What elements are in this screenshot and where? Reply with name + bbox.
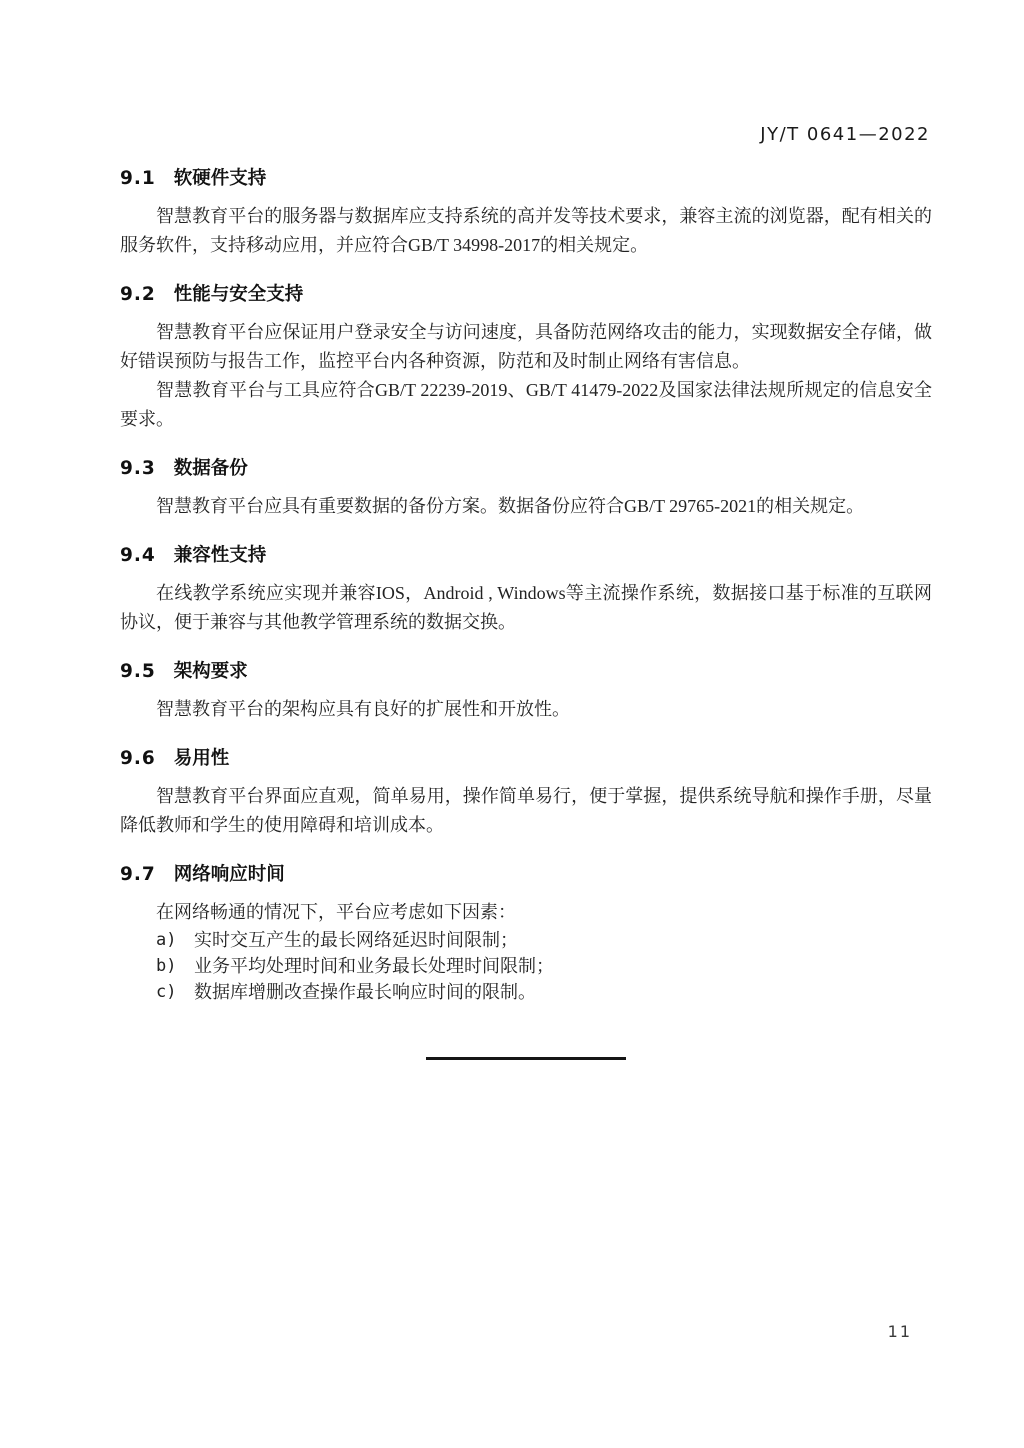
section-heading: 9.5架构要求: [120, 661, 932, 683]
document-page: JY/T 0641—2022 9.1软硬件支持 智慧教育平台的服务器与数据库应支…: [0, 0, 1024, 1448]
section-9-5: 9.5架构要求 智慧教育平台的架构应具有良好的扩展性和开放性。: [120, 661, 932, 724]
body-paragraph: 在线教学系统应实现并兼容IOS，Android , Windows等主流操作系统…: [120, 579, 932, 637]
section-heading: 9.1软硬件支持: [120, 168, 932, 190]
section-title: 易用性: [174, 748, 230, 769]
section-number: 9.7: [120, 864, 156, 885]
section-9-2: 9.2性能与安全支持 智慧教育平台应保证用户登录安全与访问速度，具备防范网络攻击…: [120, 284, 932, 434]
body-paragraph: 智慧教育平台的服务器与数据库应支持系统的高并发等技术要求，兼容主流的浏览器，配有…: [120, 202, 932, 260]
section-title: 架构要求: [174, 661, 248, 682]
section-title: 软硬件支持: [174, 168, 267, 189]
list-item-marker: b): [156, 953, 194, 979]
body-paragraph: 智慧教育平台的架构应具有良好的扩展性和开放性。: [120, 695, 932, 724]
section-heading: 9.3数据备份: [120, 458, 932, 480]
document-content: 9.1软硬件支持 智慧教育平台的服务器与数据库应支持系统的高并发等技术要求，兼容…: [120, 160, 932, 1060]
end-of-text-divider: [426, 1057, 626, 1060]
list-item-text: 实时交互产生的最长网络延迟时间限制；: [194, 927, 518, 953]
section-title: 网络响应时间: [174, 864, 285, 885]
section-heading: 9.6易用性: [120, 748, 932, 770]
section-number: 9.2: [120, 284, 156, 305]
factor-list: a) 实时交互产生的最长网络延迟时间限制； b) 业务平均处理时间和业务最长处理…: [120, 927, 932, 1005]
list-item-text: 数据库增删改查操作最长响应时间的限制。: [194, 979, 536, 1005]
section-9-4: 9.4兼容性支持 在线教学系统应实现并兼容IOS，Android , Windo…: [120, 545, 932, 637]
section-heading: 9.2性能与安全支持: [120, 284, 932, 306]
body-paragraph: 智慧教育平台应保证用户登录安全与访问速度，具备防范网络攻击的能力，实现数据安全存…: [120, 318, 932, 376]
section-number: 9.6: [120, 748, 156, 769]
list-item-text: 业务平均处理时间和业务最长处理时间限制；: [194, 953, 554, 979]
section-9-6: 9.6易用性 智慧教育平台界面应直观，简单易用，操作简单易行，便于掌握，提供系统…: [120, 748, 932, 840]
section-title: 性能与安全支持: [174, 284, 304, 305]
section-title: 数据备份: [174, 458, 248, 479]
list-item-marker: c): [156, 979, 194, 1005]
section-number: 9.3: [120, 458, 156, 479]
section-9-1: 9.1软硬件支持 智慧教育平台的服务器与数据库应支持系统的高并发等技术要求，兼容…: [120, 168, 932, 260]
section-heading: 9.7网络响应时间: [120, 864, 932, 886]
list-item: a) 实时交互产生的最长网络延迟时间限制；: [120, 927, 932, 953]
section-9-3: 9.3数据备份 智慧教育平台应具有重要数据的备份方案。数据备份应符合GB/T 2…: [120, 458, 932, 521]
page-number: 11: [888, 1322, 912, 1341]
section-number: 9.1: [120, 168, 156, 189]
body-paragraph: 智慧教育平台与工具应符合GB/T 22239-2019、GB/T 41479-2…: [120, 376, 932, 434]
body-paragraph: 智慧教育平台应具有重要数据的备份方案。数据备份应符合GB/T 29765-202…: [120, 492, 932, 521]
section-title: 兼容性支持: [174, 545, 267, 566]
list-item: c) 数据库增删改查操作最长响应时间的限制。: [120, 979, 932, 1005]
section-9-7: 9.7网络响应时间 在网络畅通的情况下，平台应考虑如下因素： a) 实时交互产生…: [120, 864, 932, 1005]
section-number: 9.5: [120, 661, 156, 682]
standard-number-header: JY/T 0641—2022: [760, 124, 930, 145]
list-item: b) 业务平均处理时间和业务最长处理时间限制；: [120, 953, 932, 979]
section-number: 9.4: [120, 545, 156, 566]
section-heading: 9.4兼容性支持: [120, 545, 932, 567]
body-paragraph: 智慧教育平台界面应直观，简单易用，操作简单易行，便于掌握，提供系统导航和操作手册…: [120, 782, 932, 840]
body-paragraph: 在网络畅通的情况下，平台应考虑如下因素：: [120, 898, 932, 927]
list-item-marker: a): [156, 927, 194, 953]
